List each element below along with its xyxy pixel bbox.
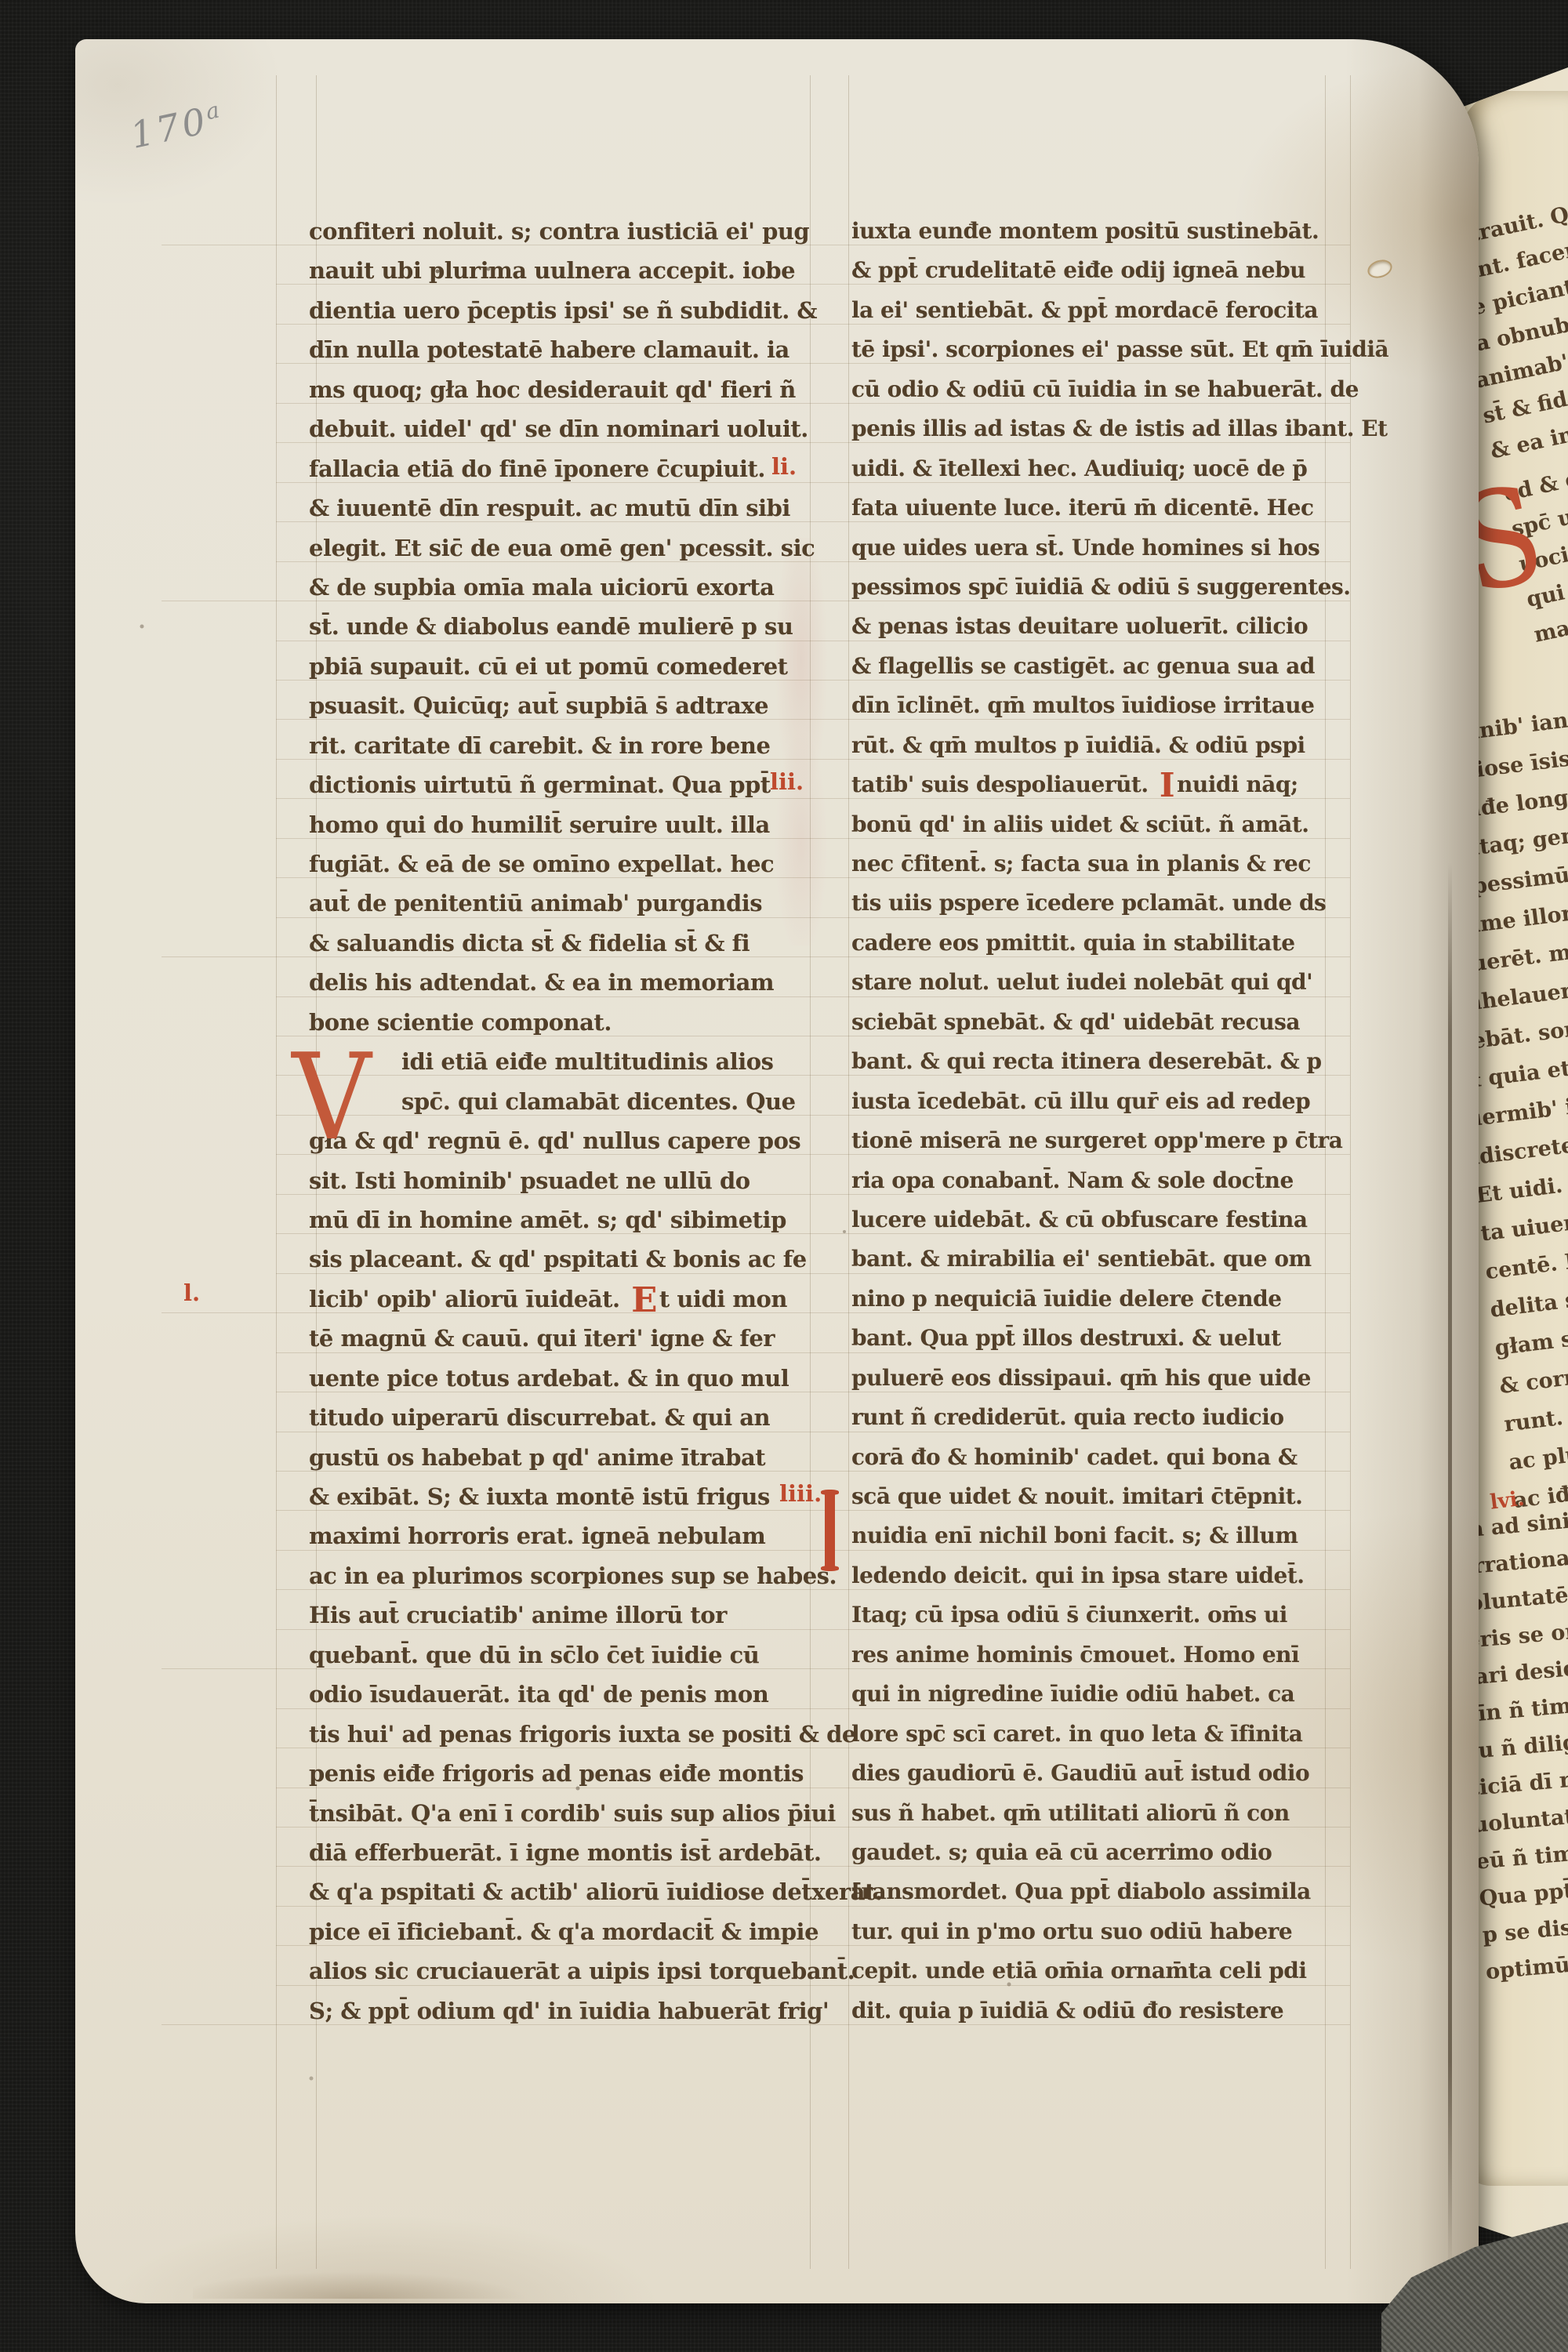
text-line: elegit. Et sic̄ de eua omē gen' pcessit.… (309, 528, 815, 568)
text-line: homo qui do humilit̄ seruire uult. illa (309, 805, 815, 844)
text-line: uente pice totus ardebat. & in quo mul (309, 1359, 815, 1398)
text-run: delis his adtendat. & ea in memoriam (309, 969, 774, 996)
text-line: & iuuentē dīn respuit. ac mutū dīn sibi (309, 488, 815, 528)
text-run: maximi horroris erat. igneā nebulam (309, 1523, 765, 1549)
text-run: la ei' sentiebāt. & ppt̄ mordacē ferocit… (851, 297, 1318, 323)
text-line: pice eī īficiebant̄. & q'a mordacit̄ & i… (309, 1912, 815, 1951)
text-run: alios sic cruciauerāt a uipis ipsi torqu… (309, 1958, 855, 1984)
initial-I-tall (825, 1491, 835, 1570)
text-line: fallacia etiā do finē īponere c̄cupiuit. (309, 449, 815, 488)
text-line: t̄nsibāt. Q'a enī ī cordib' suis sup ali… (309, 1794, 815, 1833)
text-run: ria opa conabant̄. Nam & sole doct̄ne (851, 1167, 1294, 1193)
text-run: sus ñ habet. qm̄ utilitati aliorū ñ con (851, 1800, 1290, 1826)
text-run: sis placeant. & qd' pspitati & bonis ac … (309, 1246, 807, 1272)
folio-digits: 170 (127, 99, 212, 157)
text-run: quebant̄. que dū in sc̄lo c̄et īuidie cū (309, 1642, 759, 1668)
vertical-ruling (848, 75, 849, 2269)
text-run: tē magnū & cauū. qui īteri' igne & fer (309, 1325, 775, 1352)
text-line: mū dī in homine amēt. s; qd' sibimetip (309, 1200, 815, 1240)
text-line: nino p nequiciā īuidie delere c̄tende (851, 1279, 1334, 1319)
inline-red-initial: I (1156, 766, 1177, 804)
text-run: nuidi nāq; (1177, 771, 1298, 797)
text-line: & de supbia omīa mala uiciorū exorta (309, 568, 815, 607)
text-column-b: iuxta eunđe montem positū sustinebāt.& p… (851, 212, 1334, 2031)
text-line: bonū qd' in aliis uidet & sciūt. ñ amāt. (851, 805, 1334, 844)
text-run: sciebāt spnebāt. & qd' uidebāt recusa (851, 1009, 1300, 1035)
text-line: lucere uidebāt. & cū obfuscare festina (851, 1200, 1334, 1240)
text-run: licib' opib' aliorū īuideāt. (309, 1286, 627, 1312)
text-line: debuit. uidel' qd' se dīn nominari uolui… (309, 409, 815, 448)
text-line: alios sic cruciauerāt a uipis ipsi torqu… (309, 1951, 815, 1991)
chapter-mark-l: l. (183, 1279, 200, 1306)
text-run: t̄nsibāt. Q'a enī ī cordib' suis sup ali… (309, 1800, 836, 1827)
text-line: dit. quia p īuidiā & odiū đo resistere (851, 1991, 1334, 2031)
text-line: que uides uera st̄. Unde homines si hos (851, 528, 1334, 568)
chapter-mark-lii: lii. (770, 768, 804, 795)
text-line: dictionis uirtutū ñ germinat. Qua ppt̄ (309, 765, 815, 804)
text-run: sit. Isti hominib' psuadet ne ullū do (309, 1167, 750, 1194)
text-line: & q'a pspitati & actib' aliorū īuidiose … (309, 1872, 815, 1911)
text-line: Itaq; cū ipsa odiū s̄ c̄iunxerit. om̄s u… (851, 1595, 1334, 1635)
text-line: cadere eos pmittit. quia in stabilitate (851, 924, 1334, 963)
text-line: sciebāt spnebāt. & qd' uidebāt recusa (851, 1003, 1334, 1042)
text-line: lore spc̄ scī caret. in quo leta & īfini… (851, 1715, 1334, 1754)
text-run: & iuuentē dīn respuit. ac mutū dīn sibi (309, 495, 790, 521)
text-line: odio īsudauerāt. ita qd' de penis mon (309, 1675, 815, 1714)
text-run: t uidi mon (659, 1286, 787, 1312)
text-line: transmordet. Qua ppt̄ diabolo assimila (851, 1872, 1334, 1911)
text-run: odio īsudauerāt. ita qd' de penis mon (309, 1681, 768, 1708)
text-line: tē magnū & cauū. qui īteri' igne & fer (309, 1319, 815, 1358)
text-run: corā đo & hominib' cadet. qui bona & (851, 1444, 1298, 1470)
text-run: rit. caritate dī carebit. & in rore bene (309, 732, 770, 759)
text-line: penis illis ad istas & de istis ad illas… (851, 409, 1334, 448)
text-run: que uides uera st̄. Unde homines si hos (851, 535, 1319, 561)
text-line: cepit. unde etiā om̄ia ornam̄ta celi pdi (851, 1951, 1334, 1991)
text-run: nec c̄fitent̄. s; facta sua in planis & … (851, 851, 1311, 877)
text-run: debuit. uidel' qd' se dīn nominari uolui… (309, 416, 808, 442)
text-run: iusta īcedebāt. cū illu qur̄ eis ad rede… (851, 1088, 1310, 1114)
text-run: bonū qd' in aliis uidet & sciūt. ñ amāt. (851, 811, 1309, 837)
text-line: dīn nulla potestatē habere clamauit. ia (309, 330, 815, 369)
text-line: tē ipsi'. scorpiones ei' passe sūt. Et q… (851, 330, 1334, 369)
text-line: fata uiuente luce. iterū m̄ dicentē. Hec (851, 488, 1334, 528)
text-run: tē ipsi'. scorpiones ei' passe sūt. Et q… (851, 336, 1388, 362)
text-run: scā que uidet & nouit. imitari c̄tēpnit. (851, 1483, 1302, 1509)
text-run: dit. quia p īuidiā & odiū đo resistere (851, 1998, 1283, 2024)
text-run: nauit ubi plurima uulnera accepit. iobe (309, 257, 795, 284)
text-line: & ppt̄ crudelitatē eiđe odij igneā nebu (851, 251, 1334, 290)
text-line: dientia uero p̄ceptis ipsi' se ñ subdidi… (309, 291, 815, 330)
chapter-mark-liii: liii. (779, 1480, 822, 1507)
text-run: tis hui' ad penas frigoris iuxta se posi… (309, 1721, 856, 1748)
text-line: & penas istas deuitare uoluerīt. cilicio (851, 607, 1334, 646)
text-run: idi etiā eiđe multitudinis alios (401, 1048, 773, 1075)
text-run: S; & ppt̄ odium qd' in īuidia habuerāt f… (309, 1998, 829, 2024)
text-line: tur. qui in p'mo ortu suo odiū habere (851, 1912, 1334, 1951)
text-run: tis uiis pspere īcedere pclamāt. unde ds (851, 890, 1326, 916)
text-line: corā đo & hominib' cadet. qui bona & (851, 1438, 1334, 1477)
text-run: pbiā supauit. cū ei ut pomū comederet (309, 653, 788, 680)
text-run: cepit. unde etiā om̄ia ornam̄ta celi pdi (851, 1958, 1307, 1984)
text-line: nuidia enī nichil boni facit. s; & illum (851, 1516, 1334, 1555)
text-line: licib' opib' aliorū īuideāt. Et uidi mon (309, 1279, 815, 1319)
text-line: res anime hominis c̄mouet. Homo enī (851, 1635, 1334, 1675)
folio-number: 170a (127, 96, 228, 157)
text-run: uidi. & ītellexi hec. Audiuiq; uocē de p… (851, 456, 1307, 481)
text-run: mū dī in homine amēt. s; qd' sibimetip (309, 1207, 786, 1233)
text-run: confiteri noluit. s; contra iusticiā ei'… (309, 218, 809, 245)
text-line: spc̄. qui clamabāt dicentes. Que (309, 1082, 815, 1121)
text-line: sis placeant. & qd' pspitati & bonis ac … (309, 1240, 815, 1279)
text-run: nuidia enī nichil boni facit. s; & illum (851, 1523, 1298, 1548)
text-run: rūt. & qm̄ multos p īuidiā. & odiū pspi (851, 732, 1305, 758)
text-line: gaudet. s; quia eā cū acerrimo odio (851, 1833, 1334, 1872)
text-line: ac in ea plurimos scorpiones sup se habe… (309, 1556, 815, 1595)
text-run: & saluandis dicta st̄ & fidelia st̄ & fi (309, 930, 750, 956)
vertical-ruling (276, 75, 277, 2269)
text-line: rūt. & qm̄ multos p īuidiā. & odiū pspi (851, 726, 1334, 765)
text-run: dictionis uirtutū ñ germinat. Qua ppt̄ (309, 771, 771, 798)
text-run: fallacia etiā do finē īponere c̄cupiuit. (309, 456, 765, 482)
bottom-smudge (193, 2263, 585, 2299)
text-line: & exibāt. S; & iuxta montē istū frigus (309, 1477, 815, 1516)
text-line: stare nolut. uelut iudei nolebāt qui qd' (851, 963, 1334, 1002)
text-run: ac in ea plurimos scorpiones sup se habe… (309, 1563, 837, 1589)
text-run: fata uiuente luce. iterū m̄ dicentē. Hec (851, 495, 1314, 521)
text-line: runt ñ crediderūt. quia recto iudicio (851, 1398, 1334, 1437)
text-line: puluerē eos dissipaui. qm̄ his que uide (851, 1359, 1334, 1398)
text-run: ledendo deicit. qui in ipsa stare uidet̄… (851, 1563, 1305, 1588)
text-run: puluerē eos dissipaui. qm̄ his que uide (851, 1365, 1311, 1391)
text-run: cadere eos pmittit. quia in stabilitate (851, 930, 1295, 956)
text-run: lucere uidebāt. & cū obfuscare festina (851, 1207, 1308, 1232)
text-line: tis uiis pspere īcedere pclamāt. unde ds (851, 884, 1334, 923)
text-line: cū odio & odiū cū īuidia in se habuerāt.… (851, 370, 1334, 409)
manuscript-page: 170a confiteri noluit. s; contra iustici… (75, 39, 1479, 2303)
text-run: & penas istas deuitare uoluerīt. cilicio (851, 613, 1308, 639)
text-line: iuxta eunđe montem positū sustinebāt. (851, 212, 1334, 251)
text-run: titudo uiperarū discurrebat. & qui an (309, 1404, 770, 1431)
text-run: penis illis ad istas & de istis ad illas… (851, 416, 1388, 441)
text-run: dies gaudiorū ē. Gaudiū aut̄ istud odio (851, 1760, 1309, 1786)
text-run: & exibāt. S; & iuxta montē istū frigus (309, 1483, 770, 1510)
text-line: diā efferbuerāt. ī igne montis ist̄ arde… (309, 1833, 815, 1872)
text-line: penis eiđe frigoris ad penas eiđe montis (309, 1754, 815, 1793)
text-run: elegit. Et sic̄ de eua omē gen' pcessit.… (309, 535, 815, 561)
inline-red-initial: E (627, 1280, 659, 1320)
ink-specks (75, 39, 77, 41)
text-run: tur. qui in p'mo ortu suo odiū habere (851, 1918, 1292, 1944)
text-line: ledendo deicit. qui in ipsa stare uidet̄… (851, 1556, 1334, 1595)
text-run: uente pice totus ardebat. & in quo mul (309, 1365, 789, 1392)
text-run: res anime hominis c̄mouet. Homo enī (851, 1642, 1299, 1668)
manuscript-photograph: t̄ptrauit. Qd' quirant. facere erubse pi… (0, 0, 1568, 2352)
text-run: transmordet. Qua ppt̄ diabolo assimila (851, 1878, 1311, 1904)
text-line: gła & qd' regnū ē. qd' nullus capere pos (309, 1121, 815, 1160)
text-run: Itaq; cū ipsa odiū s̄ c̄iunxerit. om̄s u… (851, 1602, 1287, 1628)
text-run: psuasit. Quicūq; aut̄ supbiā s̄ adtraxe (309, 692, 768, 719)
text-run: gła & qd' regnū ē. qd' nullus capere pos (309, 1127, 800, 1154)
text-run: homo qui do humilit̄ seruire uult. illa (309, 811, 770, 838)
text-run: & de supbia omīa mala uiciorū exorta (309, 574, 774, 601)
text-line: titudo uiperarū discurrebat. & qui an (309, 1398, 815, 1437)
text-run: & q'a pspitati & actib' aliorū īuidiose … (309, 1878, 882, 1905)
text-line: delis his adtendat. & ea in memoriam (309, 963, 815, 1002)
text-line: confiteri noluit. s; contra iusticiā ei'… (309, 212, 815, 251)
text-run: gustū os habebat p qd' anime ītrabat (309, 1444, 765, 1471)
text-line: scā que uidet & nouit. imitari c̄tēpnit. (851, 1477, 1334, 1516)
text-line: la ei' sentiebāt. & ppt̄ mordacē ferocit… (851, 291, 1334, 330)
text-run: runt ñ crediderūt. quia recto iudicio (851, 1404, 1284, 1430)
text-line: ria opa conabant̄. Nam & sole doct̄ne (851, 1161, 1334, 1200)
text-run: tionē miserā ne surgeret opp'mere p c̄tr… (851, 1127, 1342, 1153)
text-line: nec c̄fitent̄. s; facta sua in planis & … (851, 844, 1334, 884)
text-line: psuasit. Quicūq; aut̄ supbiā s̄ adtraxe (309, 686, 815, 725)
text-run: ms quoq; gła hoc desiderauit qd' fieri ñ (309, 376, 796, 403)
text-run: stare nolut. uelut iudei nolebāt qui qd' (851, 969, 1312, 995)
text-run: st̄. unde & diabolus eandē mulierē p su (309, 613, 793, 640)
text-run: tatib' suis despoliauerūt. (851, 771, 1156, 797)
text-column-a: confiteri noluit. s; contra iusticiā ei'… (309, 212, 815, 2031)
text-line: nauit ubi plurima uulnera accepit. iobe (309, 251, 815, 290)
text-line: bone scientie componat. (309, 1003, 815, 1042)
text-line: qui in nigredine īuidie odiū habet. ca (851, 1675, 1334, 1714)
text-line: rit. caritate dī carebit. & in rore bene (309, 726, 815, 765)
text-run: iuxta eunđe montem positū sustinebāt. (851, 218, 1319, 244)
text-line: bant. & mirabilia ei' sentiebāt. que om (851, 1240, 1334, 1279)
text-line: tatib' suis despoliauerūt. Inuidi nāq; (851, 765, 1334, 804)
text-line: bant. & qui recta itinera deserebāt. & p (851, 1042, 1334, 1081)
text-run: bant. & qui recta itinera deserebāt. & p (851, 1048, 1322, 1074)
text-run: spc̄. qui clamabāt dicentes. Que (401, 1088, 796, 1115)
text-run: His aut̄ cruciatib' anime illorū tor (309, 1602, 727, 1628)
text-line: tionē miserā ne surgeret opp'mere p c̄tr… (851, 1121, 1334, 1160)
text-run: & ppt̄ crudelitatē eiđe odij igneā nebu (851, 257, 1305, 283)
text-run: dientia uero p̄ceptis ipsi' se ñ subdidi… (309, 297, 817, 324)
text-run: diā efferbuerāt. ī igne montis ist̄ arde… (309, 1839, 821, 1866)
text-run: nino p nequiciā īuidie delere c̄tende (851, 1286, 1282, 1312)
text-line: bant. Qua ppt̄ illos destruxi. & uelut (851, 1319, 1334, 1358)
text-run: & flagellis se castigēt. ac genua sua ad (851, 653, 1315, 679)
text-line: & saluandis dicta st̄ & fidelia st̄ & fi (309, 924, 815, 963)
text-line: idi etiā eiđe multitudinis alios (309, 1042, 815, 1081)
text-line: gustū os habebat p qd' anime ītrabat (309, 1438, 815, 1477)
initial-V: V (292, 1038, 371, 1157)
gutter-crease (1448, 862, 1452, 2274)
text-line: S; & ppt̄ odium qd' in īuidia habuerāt f… (309, 1991, 815, 2031)
text-run: qui in nigredine īuidie odiū habet. ca (851, 1681, 1294, 1707)
text-line: sus ñ habet. qm̄ utilitati aliorū ñ con (851, 1794, 1334, 1833)
text-run: aut̄ de penitentiū animab' purgandis (309, 890, 762, 916)
text-line: fugiāt. & eā de se omīno expellat. hec (309, 844, 815, 884)
text-line: His aut̄ cruciatib' anime illorū tor (309, 1595, 815, 1635)
text-line: maximi horroris erat. igneā nebulam (309, 1516, 815, 1555)
text-line: ms quoq; gła hoc desiderauit qd' fieri ñ (309, 370, 815, 409)
text-run: lore spc̄ scī caret. in quo leta & īfini… (851, 1721, 1302, 1747)
text-line: uidi. & ītellexi hec. Audiuiq; uocē de p… (851, 449, 1334, 488)
text-run: penis eiđe frigoris ad penas eiđe montis (309, 1760, 804, 1787)
text-run: cū odio & odiū cū īuidia in se habuerāt.… (851, 376, 1359, 402)
text-line: quebant̄. que dū in sc̄lo c̄et īuidie cū (309, 1635, 815, 1675)
text-run: bant. Qua ppt̄ illos destruxi. & uelut (851, 1325, 1281, 1351)
text-run: dīn īclinēt. qm̄ multos īuidiose irritau… (851, 692, 1314, 718)
text-line: tis hui' ad penas frigoris iuxta se posi… (309, 1715, 815, 1754)
chapter-mark-li: li. (771, 453, 797, 480)
text-line: & flagellis se castigēt. ac genua sua ad (851, 647, 1334, 686)
text-line: dīn īclinēt. qm̄ multos īuidiose irritau… (851, 686, 1334, 725)
text-line: st̄. unde & diabolus eandē mulierē p su (309, 607, 815, 646)
text-line: sit. Isti hominib' psuadet ne ullū do (309, 1161, 815, 1200)
text-run: bant. & mirabilia ei' sentiebāt. que om (851, 1246, 1312, 1272)
text-run: dīn nulla potestatē habere clamauit. ia (309, 336, 789, 363)
text-run: pice eī īficiebant̄. & q'a mordacit̄ & i… (309, 1918, 818, 1945)
text-line: aut̄ de penitentiū animab' purgandis (309, 884, 815, 923)
text-run: pessimos spc̄ īuidiā & odiū s̄ suggerent… (851, 574, 1351, 600)
text-run: gaudet. s; quia eā cū acerrimo odio (851, 1839, 1272, 1865)
text-run: fugiāt. & eā de se omīno expellat. hec (309, 851, 774, 877)
text-line: pbiā supauit. cū ei ut pomū comederet (309, 647, 815, 686)
text-line: dies gaudiorū ē. Gaudiū aut̄ istud odio (851, 1754, 1334, 1793)
text-line: iusta īcedebāt. cū illu qur̄ eis ad rede… (851, 1082, 1334, 1121)
text-line: pessimos spc̄ īuidiā & odiū s̄ suggerent… (851, 568, 1334, 607)
gutter-shadow (1345, 39, 1479, 2303)
